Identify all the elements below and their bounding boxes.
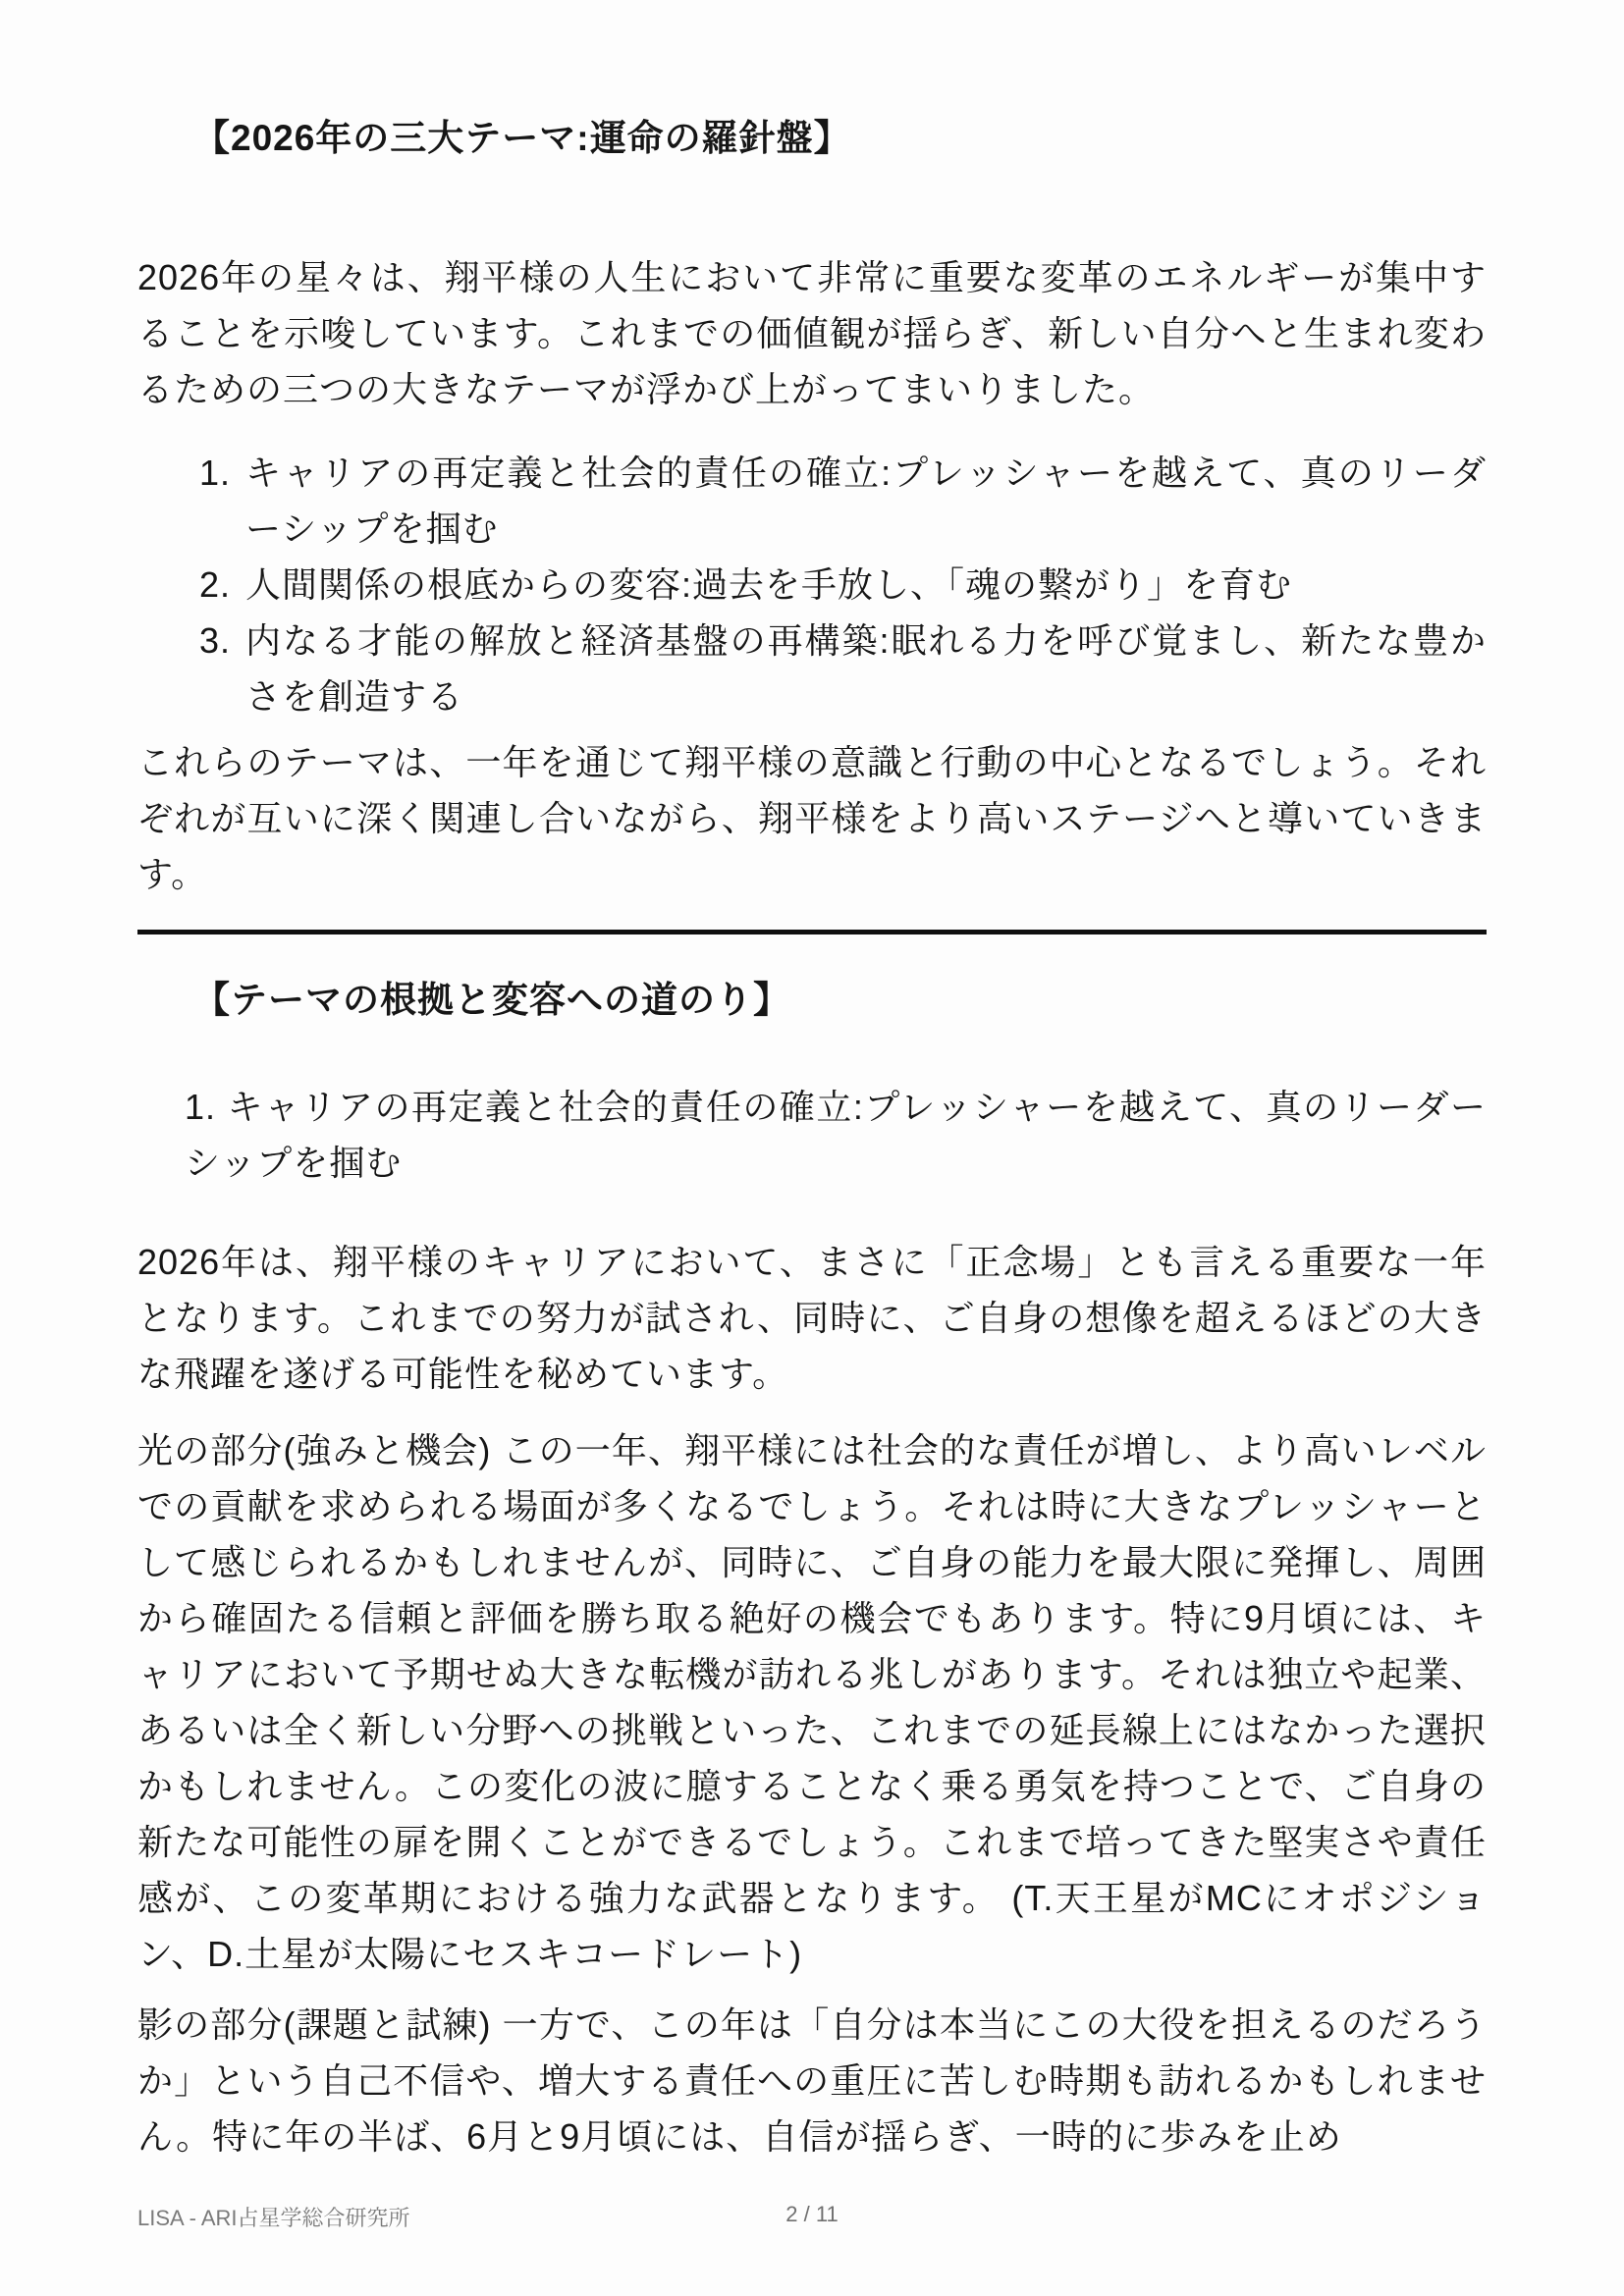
list-item-number: 2.: [199, 557, 245, 613]
outro-paragraph: これらのテーマは、一年を通じて翔平様の意識と行動の中心となるでしょう。それぞれが…: [137, 734, 1487, 902]
intro-paragraph: 2026年の星々は、翔平様の人生において非常に重要な変革のエネルギーが集中するこ…: [137, 249, 1487, 417]
section-divider: [137, 930, 1487, 934]
footer-page-indicator: 2 / 11: [785, 2202, 838, 2227]
section-heading-basis-and-path: 【テーマの根拠と変容への道のり】: [193, 976, 1487, 1025]
career-intro-paragraph: 2026年は、翔平様のキャリアにおいて、まさに「正念場」とも言える重要な一年とな…: [137, 1234, 1487, 1402]
light-side-paragraph: 光の部分(強みと機会) この一年、翔平様には社会的な責任が増し、より高いレベルで…: [137, 1422, 1487, 1982]
list-item-text: 内なる才能の解放と経済基盤の再構築:眠れる力を呼び覚まし、新たな豊かさを創造する: [245, 613, 1487, 724]
list-item-text: 人間関係の根底からの変容:過去を手放し、「魂の繋がり」を育む: [245, 557, 1487, 613]
shadow-side-paragraph: 影の部分(課題と試練) 一方で、この年は「自分は本当にこの大役を担えるのだろうか…: [137, 1997, 1487, 2164]
page-footer: LISA - ARI占星学総合研究所 2 / 11: [137, 2202, 1487, 2231]
theme-list-item-3: 3. 内なる才能の解放と経済基盤の再構築:眠れる力を呼び覚まし、新たな豊かさを創…: [199, 613, 1487, 724]
footer-organization: LISA - ARI占星学総合研究所: [137, 2202, 410, 2232]
page-content: 【2026年の三大テーマ:運命の羅針盤】 2026年の星々は、翔平様の人生におい…: [0, 0, 1624, 2164]
theme-list: 1. キャリアの再定義と社会的責任の確立:プレッシャーを越えて、真のリーダーシッ…: [199, 445, 1487, 724]
list-item-text: キャリアの再定義と社会的責任の確立:プレッシャーを越えて、真のリーダーシップを掴…: [245, 445, 1487, 557]
theme-list-item-2: 2. 人間関係の根底からの変容:過去を手放し、「魂の繋がり」を育む: [199, 557, 1487, 613]
list-item-number: 3.: [199, 613, 245, 724]
section-heading-three-themes: 【2026年の三大テーマ:運命の羅針盤】: [193, 116, 1487, 161]
subheading-career-redefinition: 1. キャリアの再定義と社会的責任の確立:プレッシャーを越えて、真のリーダーシッ…: [185, 1079, 1487, 1191]
list-item-number: 1.: [199, 445, 245, 557]
document-page: 【2026年の三大テーマ:運命の羅針盤】 2026年の星々は、翔平様の人生におい…: [0, 0, 1624, 2296]
theme-list-item-1: 1. キャリアの再定義と社会的責任の確立:プレッシャーを越えて、真のリーダーシッ…: [199, 445, 1487, 557]
